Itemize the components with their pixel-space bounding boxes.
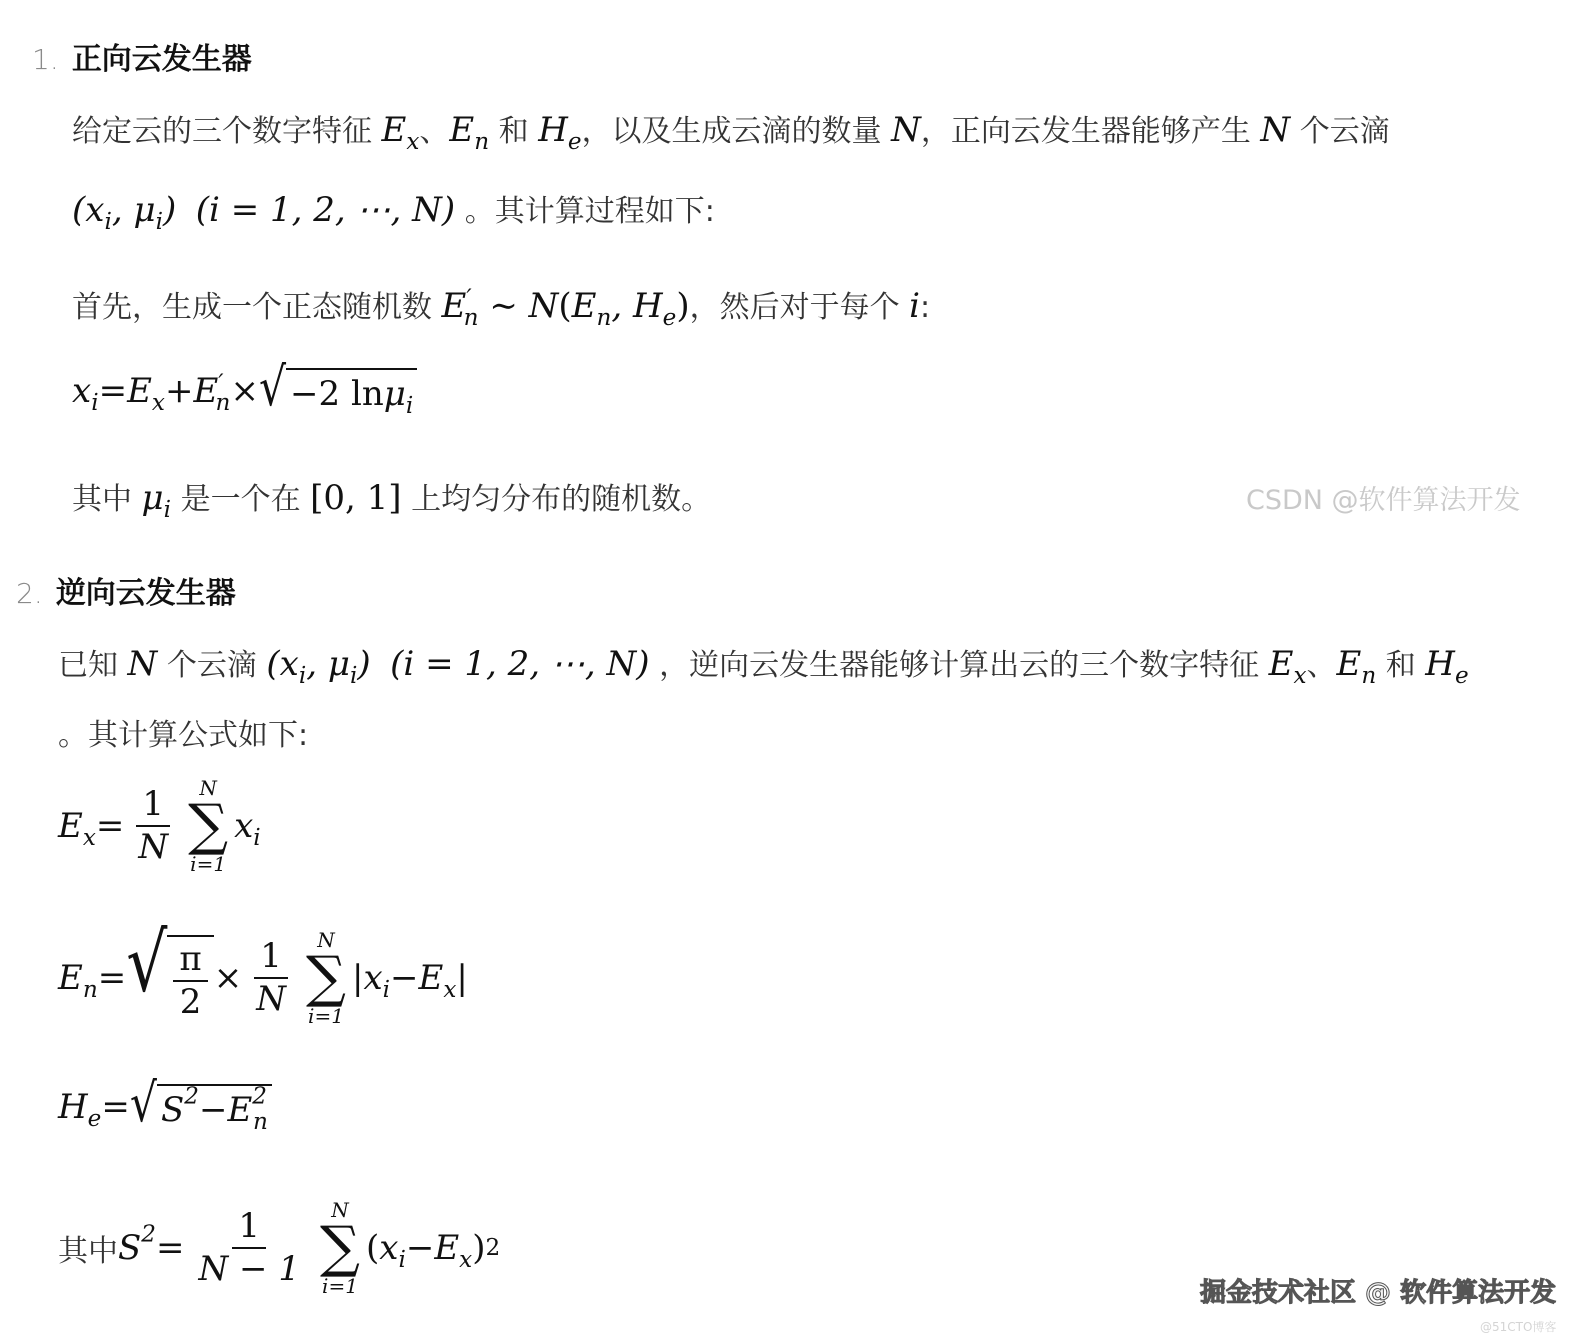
equation-en: En = √π2 × 1N N∑i=1 |xi − Ex| (58, 930, 468, 1026)
51cto-watermark: @51CTO博客 (1480, 1318, 1556, 1335)
sqrt-symbol: √S2 − E2n (130, 1084, 272, 1130)
equation-s-squared: 其中 S2 = 1N − 1 N∑i=1 (xi − Ex)2 (58, 1200, 500, 1296)
section-2-paragraph-2: 。其计算公式如下: (58, 710, 308, 754)
section-1-paragraph-3: 首先，生成一个正态随机数 E′n ∼ N(En, He)，然后对于每个 i: (72, 282, 930, 326)
section-1-paragraph-2: (xi, μi) (i = 1, 2, ⋯, N) 。其计算过程如下: (72, 186, 715, 230)
section-2-paragraph-1: 已知 N 个云滴 (xi, μi) (i = 1, 2, ⋯, N) ，逆向云发… (58, 640, 1469, 684)
section-2-heading: 2. 逆向云发生器 (16, 568, 236, 612)
section-1-paragraph-4: 其中 μi 是一个在 [0, 1] 上均匀分布的随机数。 (72, 474, 711, 518)
equation-ex: Ex = 1N N∑i=1 xi (58, 778, 261, 874)
list-number: 2. (16, 577, 43, 610)
sqrt-symbol: √π2 (126, 935, 214, 1022)
csdn-watermark: CSDN @软件算法开发 (1246, 478, 1521, 517)
equation-xi: xi = Ex + E′n × √−2 ln μi (72, 368, 417, 414)
sqrt-symbol: √−2 ln μi (259, 368, 417, 414)
section-1-paragraph-1: 给定云的三个数字特征 Ex、En 和 He，以及生成云滴的数量 N，正向云发生器… (72, 106, 1390, 150)
section-title: 正向云发生器 (72, 42, 252, 77)
section-1-heading: 1. 正向云发生器 (32, 34, 252, 78)
summation-symbol: N∑i=1 (306, 930, 346, 1026)
juejin-watermark: 掘金技术社区 @ 软件算法开发 (1200, 1272, 1556, 1309)
summation-symbol: N∑i=1 (188, 778, 228, 874)
list-number: 1. (32, 43, 59, 76)
section-title: 逆向云发生器 (56, 576, 236, 611)
equation-he: He = √S2 − E2n (58, 1084, 272, 1130)
summation-symbol: N∑i=1 (320, 1200, 360, 1296)
